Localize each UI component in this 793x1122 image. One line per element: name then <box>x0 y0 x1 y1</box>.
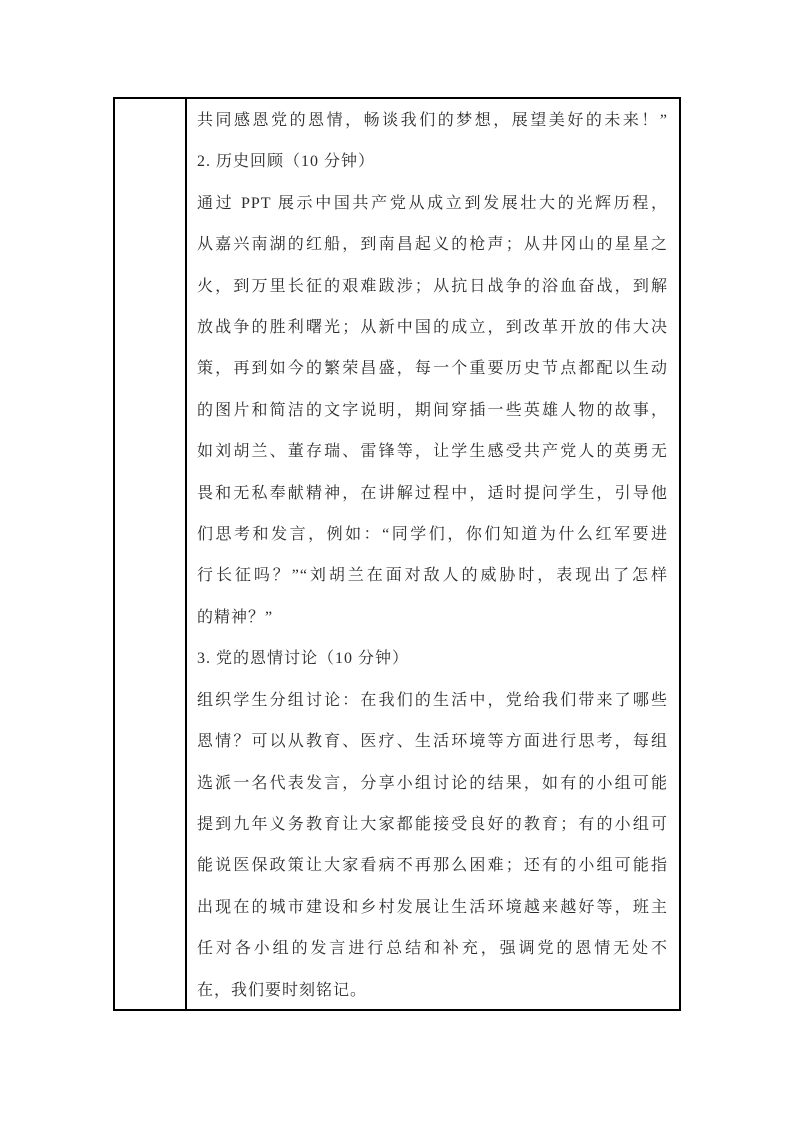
lesson-plan-table: 共同感恩党的恩情，畅谈我们的梦想，展望美好的未来！”2. 历史回顾（10 分钟）… <box>113 97 681 1011</box>
text-line: 出现在的城市建设和乡村发展让生活环境越来越好等，班主 <box>197 887 668 928</box>
text-line: 2. 历史回顾（10 分钟） <box>197 141 668 182</box>
text-line: 的图片和简洁的文字说明，期间穿插一些英雄人物的故事， <box>197 390 668 431</box>
text-line: 在，我们要时刻铭记。 <box>197 970 668 1009</box>
text-line: 行长征吗？”“刘胡兰在面对敌人的威胁时，表现出了怎样 <box>197 555 668 596</box>
text-line: 提到九年义务教育让大家都能接受良好的教育；有的小组可 <box>197 804 668 845</box>
text-line: 通过 PPT 展示中国共产党从成立到发展壮大的光辉历程， <box>197 183 668 224</box>
text-line: 火，到万里长征的艰难跋涉；从抗日战争的浴血奋战，到解 <box>197 266 668 307</box>
text-line: 任对各小组的发言进行总结和补充，强调党的恩情无处不 <box>197 928 668 969</box>
text-line: 能说医保政策让大家看病不再那么困难；还有的小组可能指 <box>197 845 668 886</box>
text-line: 放战争的胜利曙光；从新中国的成立，到改革开放的伟大决 <box>197 307 668 348</box>
text-line: 畏和无私奉献精神，在讲解过程中，适时提问学生，引导他 <box>197 473 668 514</box>
text-line: 选派一名代表发言，分享小组讨论的结果，如有的小组可能 <box>197 763 668 804</box>
text-line: 3. 党的恩情讨论（10 分钟） <box>197 638 668 679</box>
text-line: 恩情？可以从教育、医疗、生活环境等方面进行思考，每组 <box>197 721 668 762</box>
document-page: 共同感恩党的恩情，畅谈我们的梦想，展望美好的未来！”2. 历史回顾（10 分钟）… <box>0 0 793 1122</box>
text-line: 从嘉兴南湖的红船，到南昌起义的枪声；从井冈山的星星之 <box>197 224 668 265</box>
text-line: 们思考和发言，例如：“同学们，你们知道为什么红军要进 <box>197 514 668 555</box>
text-line: 策，再到如今的繁荣昌盛，每一个重要历史节点都配以生动 <box>197 348 668 389</box>
text-line: 的精神？” <box>197 597 668 638</box>
table-cell-left <box>115 99 187 1009</box>
text-line: 共同感恩党的恩情，畅谈我们的梦想，展望美好的未来！” <box>197 100 668 141</box>
text-line: 如刘胡兰、董存瑞、雷锋等，让学生感受共产党人的英勇无 <box>197 431 668 472</box>
text-line: 组织学生分组讨论：在我们的生活中，党给我们带来了哪些 <box>197 680 668 721</box>
table-cell-content: 共同感恩党的恩情，畅谈我们的梦想，展望美好的未来！”2. 历史回顾（10 分钟）… <box>187 99 679 1009</box>
